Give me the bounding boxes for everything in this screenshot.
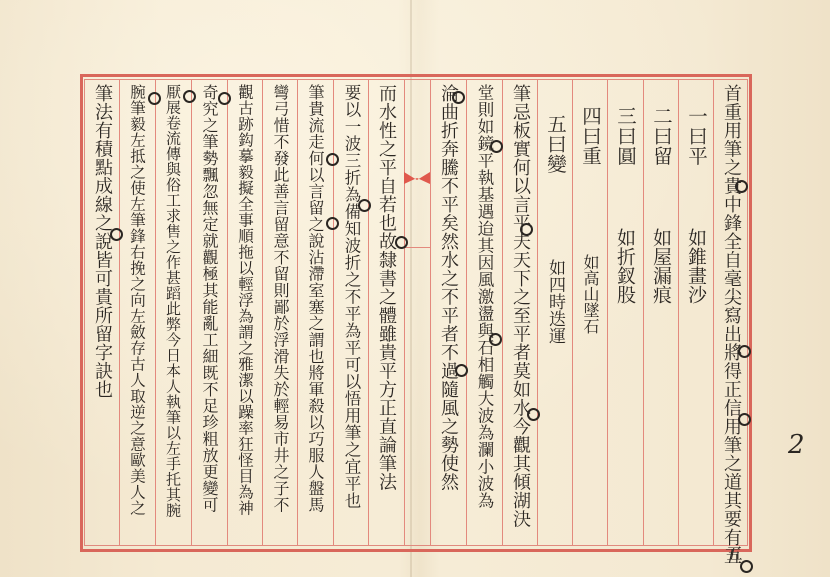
item-simile: 如四時迭運 [538, 259, 572, 344]
item-heading: 三曰圓 [608, 106, 642, 166]
circle-punctuation-icon [489, 333, 502, 346]
text-column-13: 彎弓惜不發此善言留意不留則鄙於浮滑失於輕易市井之子不 [263, 84, 297, 544]
column-text: 而水性之平自若也故隸書之體雖貴平方正直論筆法 [369, 84, 403, 491]
text-column-8: 堂則如鏡平執基遇迨其因風激盪與石相觸大波為瀾小波為 [467, 84, 501, 544]
item-heading: 五曰變 [538, 114, 572, 174]
text-column-3: 二曰留 如屋漏痕 [644, 84, 678, 544]
text-column-18: 筆法有積點成線之說皆可貴所留字訣也 [85, 84, 119, 544]
circle-punctuation-icon [452, 91, 465, 104]
column-text: 奇究之筆勢飄忽無定就觀極其能亂工細既不足珍粗放更變可 [192, 84, 226, 513]
circle-punctuation-icon [326, 217, 339, 230]
circle-punctuation-icon [358, 199, 371, 212]
column-text: 腕筆毅左抵之使左筆鋒右挽之向左斂存古人取逆之意歐美人之 [120, 84, 154, 516]
column-text: 筆忌板實何以言平夫天下之至平者莫如水今觀其傾湖決 [503, 84, 537, 528]
circle-punctuation-icon [455, 364, 468, 377]
column-text: 筆法有積點成線之說皆可貴所留字訣也 [85, 84, 119, 399]
column-text: 要以一波三折為備知波折之不平為平可以悟用筆之宜平也 [334, 84, 368, 509]
text-column-9: 淪曲折奔騰不平矣然水之不平者不過隨風之勢使然 [431, 84, 465, 544]
circle-punctuation-icon [738, 413, 751, 426]
column-text: 彎弓惜不發此善言留意不留則鄙於浮滑失於輕易市井之子不 [263, 84, 297, 513]
column-text: 淪曲折奔騰不平矣然水之不平者不過隨風之勢使然 [431, 84, 465, 491]
circle-punctuation-icon [395, 236, 408, 249]
item-heading: 四曰重 [573, 106, 607, 166]
circle-punctuation-icon [490, 140, 503, 153]
text-column-12: 筆貴流走何以言留之說沾滯室塞之謂也將軍殺以巧服人盤馬 [298, 84, 332, 544]
item-simile: 如屋漏痕 [644, 228, 678, 304]
circle-punctuation-icon [183, 90, 196, 103]
circle-punctuation-icon [520, 223, 533, 236]
text-column-11: 要以一波三折為備知波折之不平為平可以悟用筆之宜平也 [334, 84, 368, 544]
circle-punctuation-icon [735, 180, 748, 193]
item-heading: 二曰留 [644, 106, 678, 166]
text-column-1: 首重用筆之貴中鋒全自毫尖寫出將得正信用筆之道其要有五 [714, 84, 748, 544]
column-text: 首重用筆之貴中鋒全自毫尖寫出將得正信用筆之道其要有五 [714, 84, 748, 565]
column-text: 厭展卷流傳與俗工求售之作甚蹈此弊今日本人執筆以左手托其腕 [156, 84, 190, 518]
text-column-4: 三曰圓 如折釵股 [608, 84, 642, 544]
text-column-17: 腕筆毅左抵之使左筆鋒右挽之向左斂存古人取逆之意歐美人之 [120, 84, 154, 544]
circle-punctuation-icon [218, 92, 231, 105]
text-column-7: 筆忌板實何以言平夫天下之至平者莫如水今觀其傾湖決 [503, 84, 537, 544]
circle-punctuation-icon [326, 153, 339, 166]
item-simile: 如折釵股 [608, 228, 642, 304]
page-number: 2 [788, 430, 805, 460]
item-simile: 如高山墜石 [573, 254, 607, 334]
circle-punctuation-icon [110, 228, 123, 241]
fishtail-mark-icon [404, 172, 430, 184]
column-text: 筆貴流走何以言留之說沾滯室塞之謂也將軍殺以巧服人盤馬 [298, 84, 332, 513]
text-column-15: 奇究之筆勢飄忽無定就觀極其能亂工細既不足珍粗放更變可 [192, 84, 226, 544]
text-column-6: 五曰變 如四時迭運 [538, 84, 572, 544]
text-column-5: 四曰重 如高山墜石 [573, 84, 607, 544]
circle-punctuation-icon [527, 408, 540, 421]
circle-punctuation-icon [738, 345, 751, 358]
text-column-16: 厭展卷流傳與俗工求售之作甚蹈此弊今日本人執筆以左手托其腕 [156, 84, 190, 544]
text-column-14: 觀古跡鈎摹毅擬全事順拖以輕浮為謂之雅潔以躁率狂怪目為神 [228, 84, 262, 544]
text-column-2: 一曰平 如錐畫沙 [679, 84, 713, 544]
circle-punctuation-icon [148, 92, 161, 105]
item-heading: 一曰平 [679, 106, 713, 166]
center-band-divider [404, 247, 430, 248]
overflow-character: 五 [718, 545, 748, 561]
text-column-10: 而水性之平自若也故隸書之體雖貴平方正直論筆法 [369, 84, 403, 544]
center-band [404, 79, 430, 546]
circle-punctuation-icon [740, 560, 753, 573]
column-text: 觀古跡鈎摹毅擬全事順拖以輕浮為謂之雅潔以躁率狂怪目為神 [228, 84, 262, 516]
item-simile: 如錐畫沙 [679, 228, 713, 304]
